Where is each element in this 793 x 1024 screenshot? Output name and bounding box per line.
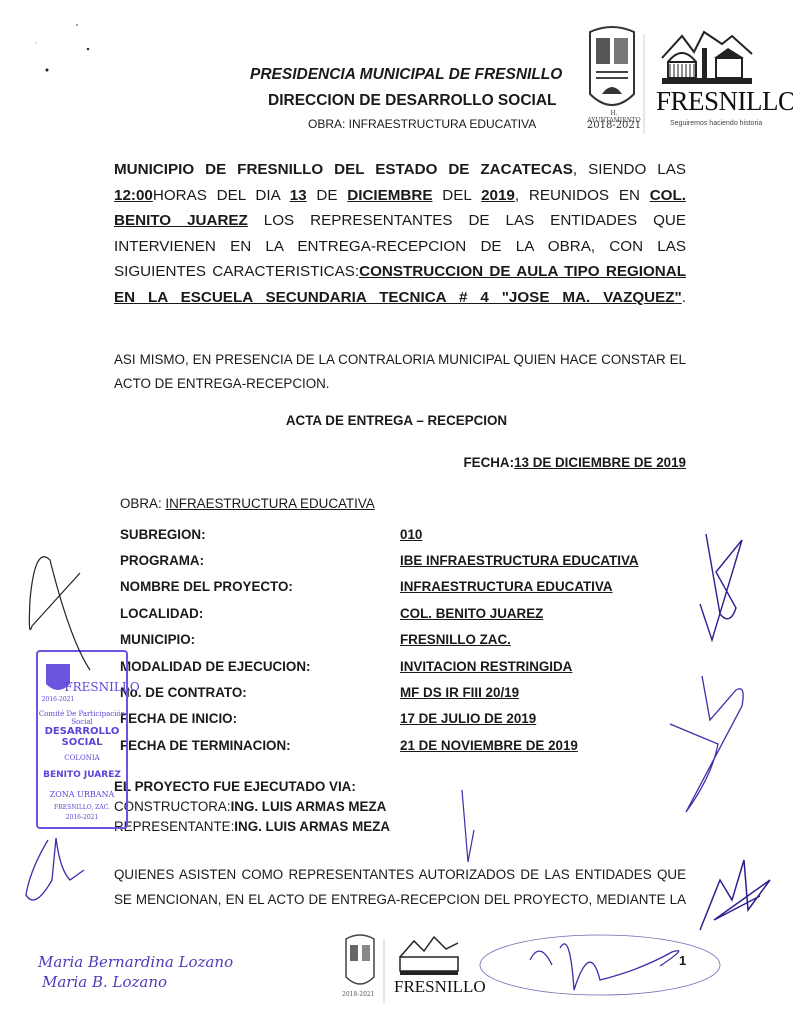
footer-shield-icon — [340, 933, 490, 1013]
footer-logos: FRESNILLO 2018-2021 — [340, 933, 490, 1013]
handwritten-name-short: Maria B. Lozano — [38, 972, 233, 992]
footer-years: 2018-2021 — [342, 991, 375, 998]
signature-left-bottom — [26, 838, 84, 900]
signature-right-3 — [700, 860, 770, 930]
signature-center — [462, 790, 474, 862]
signature-left-top — [29, 557, 90, 670]
page-number: 1 — [679, 953, 686, 968]
signature-bottom — [530, 944, 679, 990]
handwritten-name-full: Maria Bernardina Lozano — [38, 952, 233, 972]
signature-right-1 — [700, 534, 742, 640]
footer-brand: FRESNILLO — [394, 977, 486, 997]
signatures-layer — [0, 0, 793, 1024]
handwritten-names: Maria Bernardina Lozano Maria B. Lozano — [38, 952, 233, 992]
signature-right-2 — [670, 676, 743, 812]
